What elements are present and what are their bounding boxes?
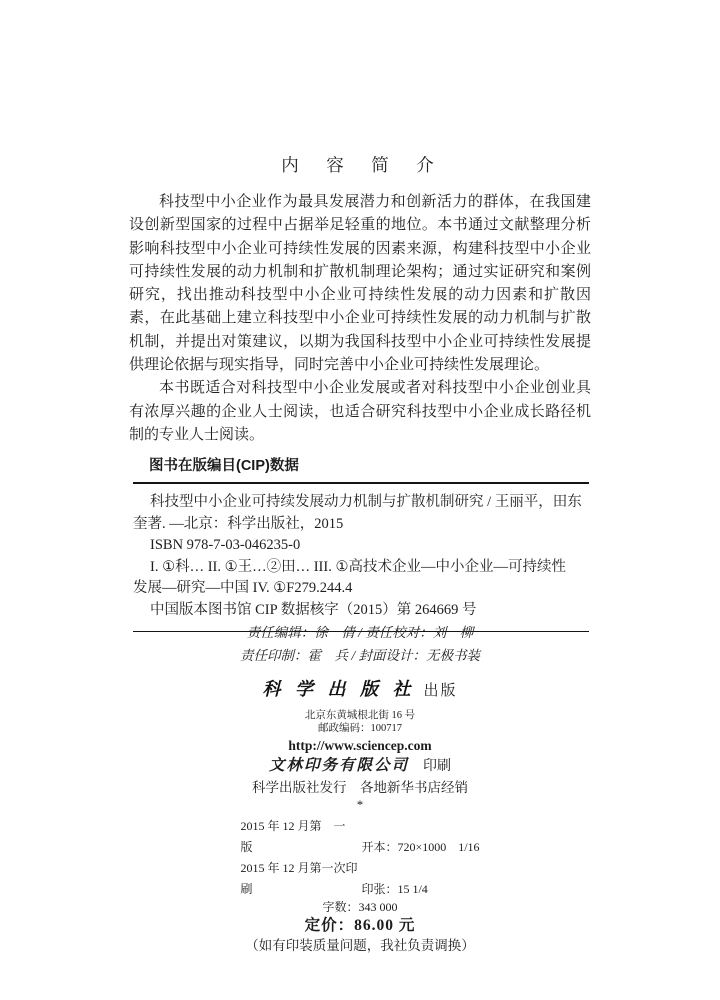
quality-notice: （如有印装质量问题，我社负责调换） [0, 937, 720, 955]
edition-date: 2015 年 12 月第 一 版 [240, 816, 358, 858]
cip-classification-line-1: I. ①科… II. ①王…②田… III. ①高技术企业—中小企业—可持续性 [133, 557, 589, 579]
cip-heading: 图书在版编目(CIP)数据 [133, 454, 589, 484]
printing-row: 2015 年 12 月第一次印刷 印张：15 1/4 [240, 858, 479, 900]
publisher-url: http://www.sciencep.com [0, 737, 720, 754]
cip-data-block: 图书在版编目(CIP)数据 科技型中小企业可持续发展动力机制与扩散机制研究 / … [133, 454, 589, 632]
printing-date: 2015 年 12 月第一次印刷 [240, 858, 358, 900]
printer-name: 文林印务有限公司 [269, 757, 409, 774]
credits-line-printing: 责任印制：霍 兵 / 封面设计：无极书装 [0, 645, 720, 668]
cip-body: 科技型中小企业可持续发展动力机制与扩散机制研究 / 王丽平，田东 奎著. —北京… [133, 484, 589, 622]
summary-paragraph-1: 科技型中小企业作为最具发展潜力和创新活力的群体，在我国建设创新型国家的过程中占据… [129, 191, 591, 377]
summary-paragraph-2: 本书既适合对科技型中小企业发展或者对科技型中小企业创业具有浓厚兴趣的企业人士阅读… [129, 377, 591, 447]
format-spec: 开本：720×1000 1/16 [361, 840, 479, 854]
content-summary: 科技型中小企业作为最具发展潜力和创新活力的群体，在我国建设创新型国家的过程中占据… [129, 191, 591, 447]
colophon: 科 学 出 版 社 出版 北京东黄城根北街 16 号 邮政编码：100717 h… [0, 676, 720, 955]
publisher-address: 北京东黄城根北街 16 号 [0, 709, 720, 722]
cip-title-line-1: 科技型中小企业可持续发展动力机制与扩散机制研究 / 王丽平，田东 [133, 492, 589, 514]
publisher-line: 科 学 出 版 社 出版 [0, 676, 720, 704]
staff-credits: 责任编辑：徐 倩 / 责任校对：刘 柳 责任印制：霍 兵 / 封面设计：无极书装 [0, 622, 720, 667]
word-count: 字数：343 000 [0, 900, 720, 914]
credits-line-editor: 责任编辑：徐 倩 / 责任校对：刘 柳 [0, 622, 720, 645]
distribution-line: 科学出版社发行 各地新华书店经销 [0, 780, 720, 796]
printer-line: 文林印务有限公司 印刷 [0, 756, 720, 777]
publisher-logo: 科 学 出 版 社 [262, 679, 415, 699]
page-title: 内 容 简 介 [0, 152, 720, 177]
print-spec-block: 2015 年 12 月第 一 版 开本：720×1000 1/16 2015 年… [0, 816, 720, 900]
edition-row: 2015 年 12 月第 一 版 开本：720×1000 1/16 [240, 816, 479, 858]
cip-classification-line-2: 发展—研究—中国 IV. ①F279.244.4 [133, 578, 589, 600]
publisher-suffix-label: 出版 [423, 683, 457, 699]
print-spec-table: 2015 年 12 月第 一 版 开本：720×1000 1/16 2015 年… [240, 816, 479, 900]
cip-title-line-2: 奎著. —北京：科学出版社，2015 [133, 514, 589, 536]
price: 定价：86.00 元 [0, 916, 720, 936]
sheets-spec: 印张：15 1/4 [361, 882, 427, 896]
cip-record-number: 中国版本图书馆 CIP 数据核字（2015）第 264669 号 [133, 600, 589, 622]
cip-isbn: ISBN 978-7-03-046235-0 [133, 535, 589, 557]
book-copyright-page: 内 容 简 介 科技型中小企业作为最具发展潜力和创新活力的群体，在我国建设创新型… [0, 0, 720, 1000]
separator-asterisk: * [0, 799, 720, 811]
publisher-postcode: 邮政编码：100717 [0, 722, 720, 735]
printer-suffix-label: 印刷 [423, 759, 451, 774]
